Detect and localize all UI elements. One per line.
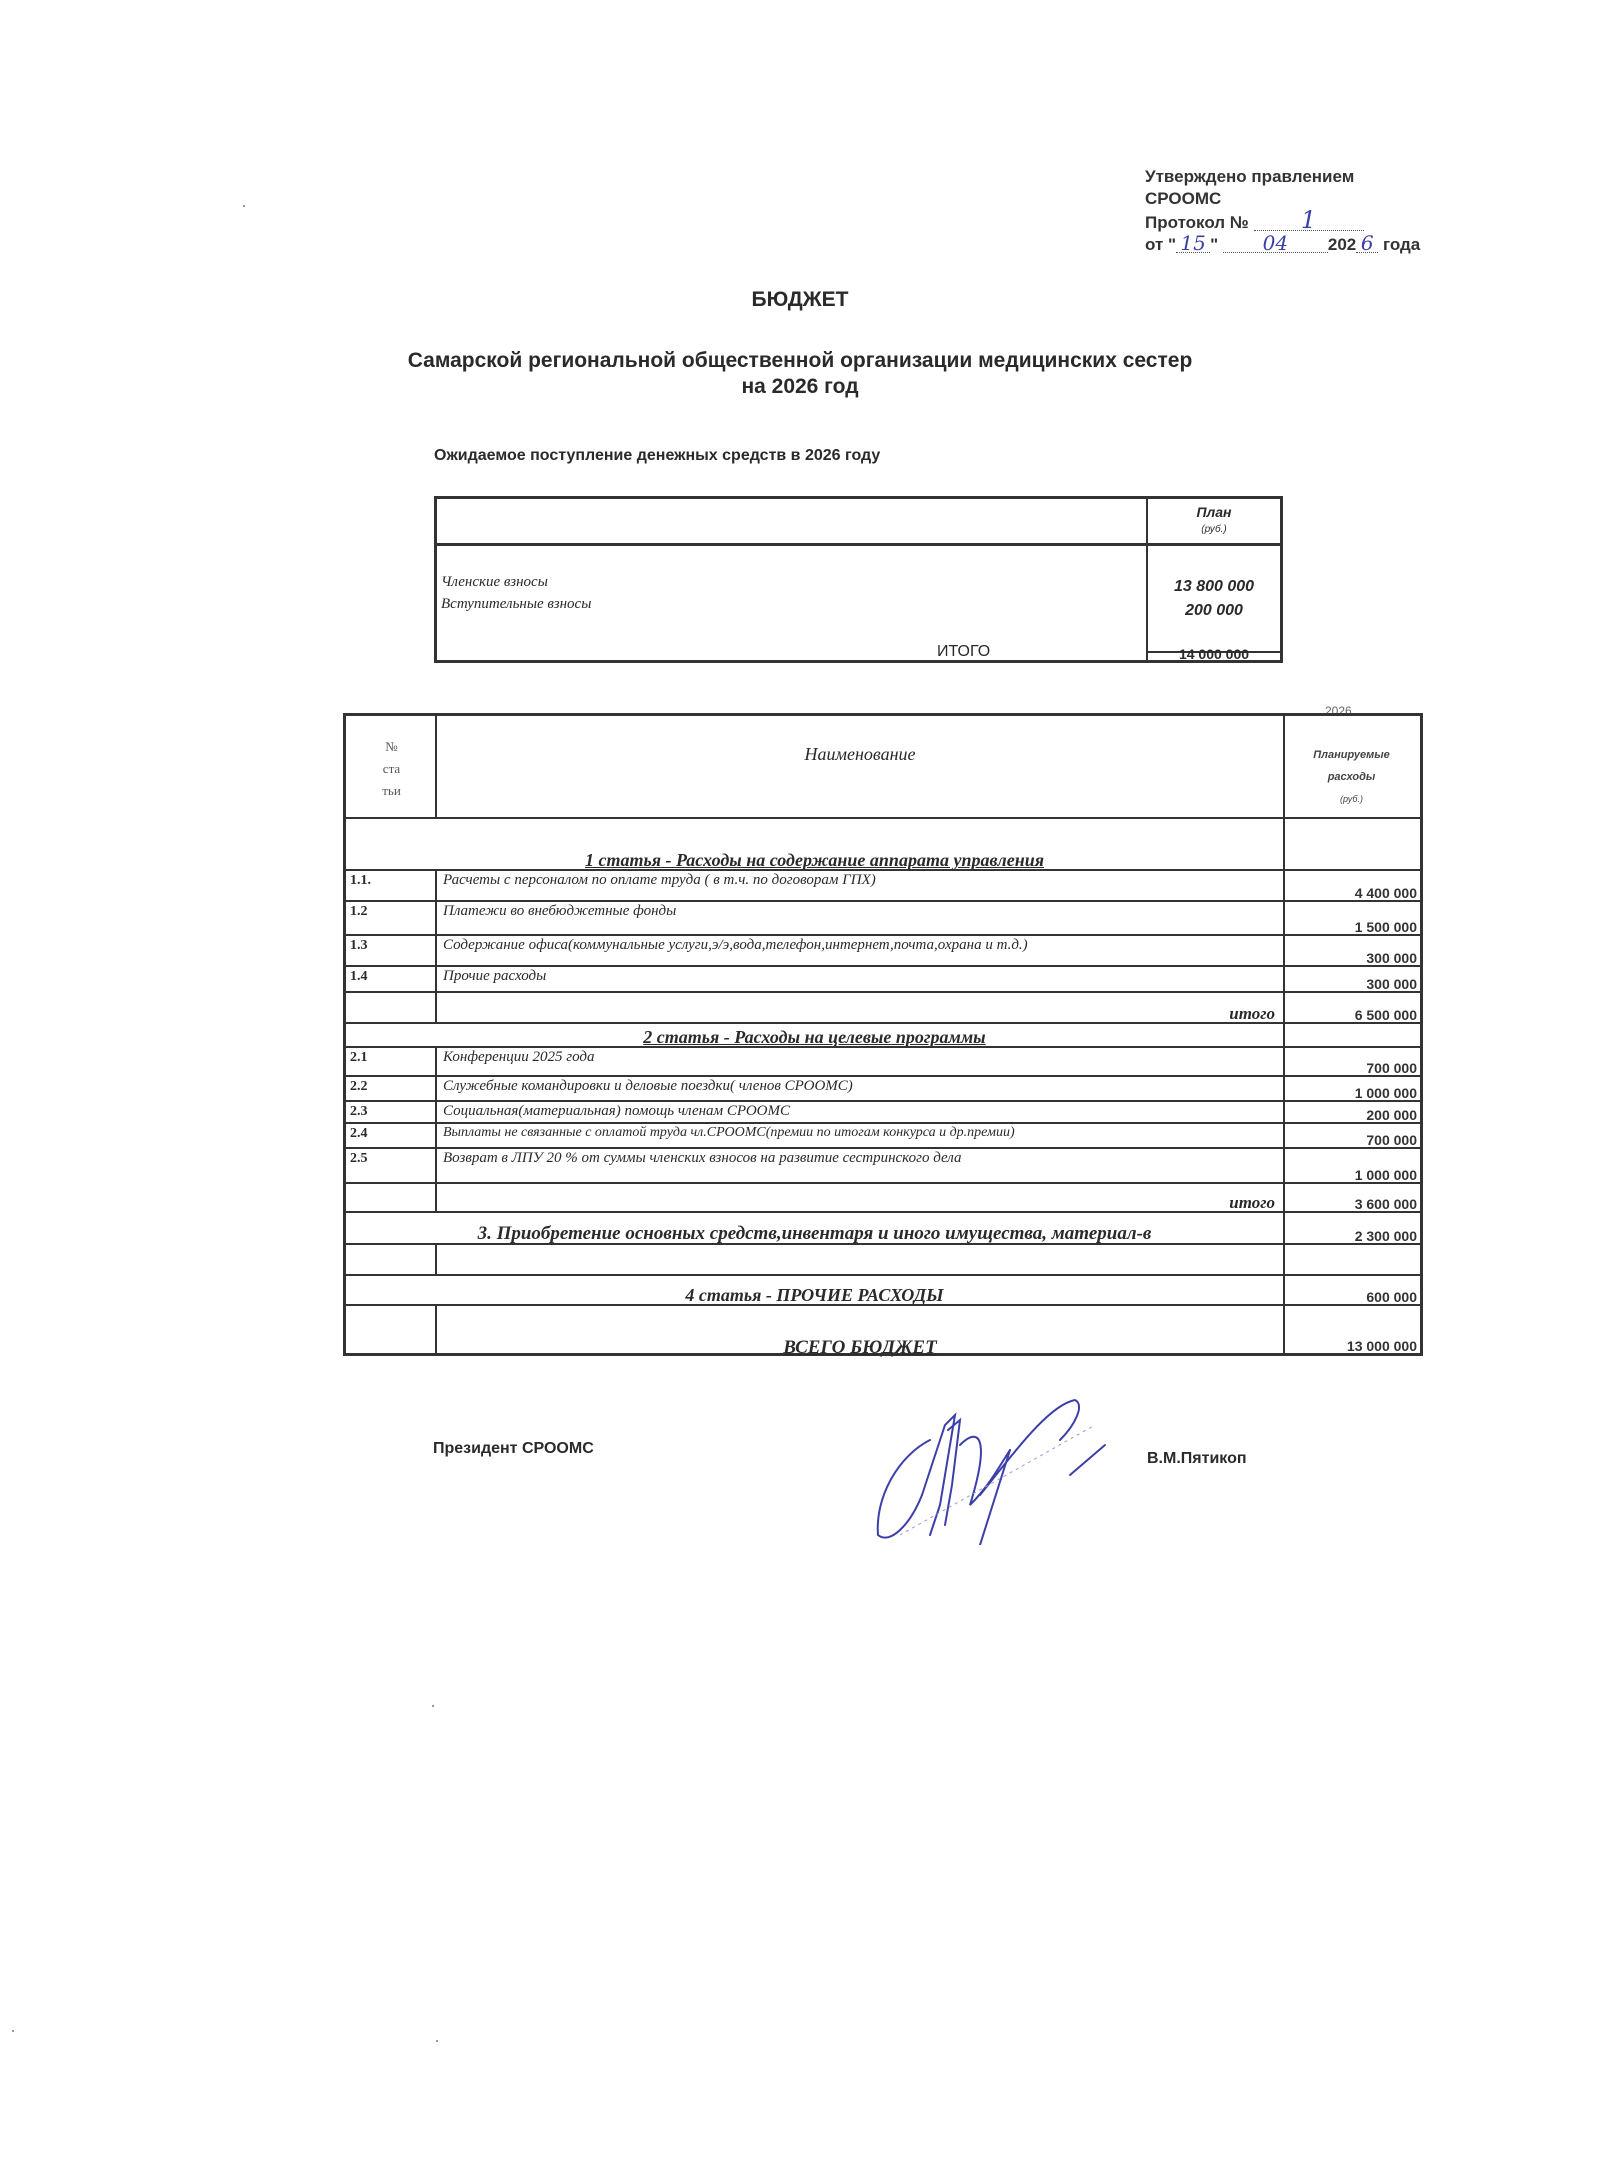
income-item-value: 13 800 000 (1148, 575, 1280, 599)
item-name: Служебные командировки и деловые поездки… (443, 1078, 853, 1095)
item-value: 300 000 (1366, 950, 1417, 966)
protocol-label: Протокол № (1145, 213, 1249, 232)
header-planned-expenses: Планируемые расходы (руб.) (1283, 744, 1420, 810)
plan-header-label: План (1196, 504, 1231, 520)
section-3-value: 2 300 000 (1355, 1228, 1417, 1244)
section-1-title: 1 статья - Расходы на содержание аппарат… (346, 850, 1283, 871)
income-item-name: Вступительные взносы (441, 593, 591, 615)
income-header-divider (437, 543, 1280, 546)
header-name: Наименование (437, 744, 1283, 765)
date-prefix: от " (1145, 235, 1176, 254)
table-row: 1.3 Содержание офиса(коммунальные услуги… (346, 934, 1420, 967)
section-4-title: 4 статья - ПРОЧИЕ РАСХОДЫ (346, 1285, 1283, 1306)
section-2-title: 2 статья - Расходы на целевые программы (346, 1027, 1283, 1048)
item-number: 1.1. (350, 873, 371, 889)
date-line: от "15" 042026 года (1145, 234, 1435, 256)
item-number: 1.3 (350, 938, 368, 954)
section-2-total-value: 3 600 000 (1355, 1196, 1417, 1212)
table-row: 2.3 Социальная(материальная) помощь член… (346, 1100, 1420, 1124)
income-item-names: Членские взносы Вступительные взносы (441, 571, 591, 615)
item-value: 300 000 (1366, 976, 1417, 992)
year-digit: 6 (1356, 234, 1378, 253)
item-value: 200 000 (1366, 1107, 1417, 1123)
approval-line-1: Утверждено правлением (1145, 166, 1435, 188)
president-title: Президент СРООМС (433, 1440, 594, 1458)
scan-speck (12, 2030, 14, 2032)
item-name: Конференции 2025 года (443, 1049, 594, 1066)
table-row: 2.5 Возврат в ЛПУ 20 % от суммы членских… (346, 1147, 1420, 1184)
scan-speck (432, 1705, 434, 1707)
item-value: 700 000 (1366, 1060, 1417, 1076)
approval-line-2: СРООМС (1145, 188, 1435, 210)
section-2-total-row: итого 3 600 000 (346, 1182, 1420, 1213)
section-2-total-label: итого (1229, 1193, 1275, 1213)
income-section-label: Ожидаемое поступление денежных средств в… (434, 447, 880, 465)
grand-total-label: ВСЕГО БЮДЖЕТ (437, 1337, 1283, 1359)
organization-title-line-1: Самарской региональной общественной орга… (0, 348, 1600, 374)
approval-block: Утверждено правлением СРООМС Протокол № … (1145, 166, 1435, 256)
date-month: 04 (1223, 234, 1328, 253)
organization-title-line-2: на 2026 год (0, 374, 1600, 400)
year-suffix: года (1383, 235, 1420, 254)
table-row: 2.2 Служебные командировки и деловые пое… (346, 1075, 1420, 1102)
income-total-value: 14 000 000 (1148, 646, 1280, 662)
item-name: Содержание офиса(коммунальные услуги,э/э… (443, 937, 1028, 954)
handwritten-signature (860, 1385, 1120, 1545)
section-1-total-row: итого 6 500 000 (346, 991, 1420, 1024)
organization-title: Самарской региональной общественной орга… (0, 348, 1600, 400)
grand-total-row: ВСЕГО БЮДЖЕТ 13 000 000 (346, 1304, 1420, 1355)
expenses-table: № ста тьи Наименование Планируемые расхо… (343, 713, 1423, 1356)
date-mid: " (1210, 235, 1218, 254)
empty-row (346, 1243, 1420, 1276)
item-number: 2.4 (350, 1126, 368, 1142)
item-name: Платежи во внебюджетные фонды (443, 903, 676, 920)
income-table: План (руб.) Членские взносы Вступительны… (434, 496, 1283, 663)
item-value: 1 000 000 (1355, 1085, 1417, 1101)
section-4-row: 4 статья - ПРОЧИЕ РАСХОДЫ 600 000 (346, 1274, 1420, 1306)
table-row: 1.4 Прочие расходы 300 000 (346, 965, 1420, 993)
year-prefix: 202 (1328, 235, 1356, 254)
income-plan-header: План (руб.) (1148, 503, 1280, 539)
table-row: 1.2 Платежи во внебюджетные фонды 1 500 … (346, 900, 1420, 936)
section-1-total-label: итого (1229, 1004, 1275, 1024)
section-4-value: 600 000 (1366, 1289, 1417, 1305)
grand-total-value: 13 000 000 (1347, 1338, 1417, 1354)
table-header-row: № ста тьи Наименование Планируемые расхо… (346, 714, 1420, 817)
section-3-row: 3. Приобретение основных средств,инвента… (346, 1211, 1420, 1245)
header-article-number: № ста тьи (346, 736, 437, 802)
item-name: Возврат в ЛПУ 20 % от суммы членских взн… (443, 1150, 962, 1167)
item-name: Социальная(материальная) помощь членам С… (443, 1103, 790, 1120)
item-value: 1 000 000 (1355, 1167, 1417, 1183)
item-value: 4 400 000 (1355, 885, 1417, 901)
item-value: 700 000 (1366, 1132, 1417, 1148)
section-1-row: 1 статья - Расходы на содержание аппарат… (346, 817, 1420, 871)
item-number: 2.5 (350, 1151, 368, 1167)
item-number: 1.2 (350, 904, 368, 920)
section-2-row: 2 статья - Расходы на целевые программы (346, 1022, 1420, 1048)
item-name: Выплаты не связанные с оплатой труда чл.… (443, 1125, 1015, 1141)
date-day: 15 (1176, 234, 1210, 253)
table-row: 1.1. Расчеты с персоналом по оплате труд… (346, 869, 1420, 902)
item-name: Расчеты с персоналом по оплате труда ( в… (443, 872, 876, 889)
income-item-values: 13 800 000 200 000 (1148, 575, 1280, 623)
item-value: 1 500 000 (1355, 919, 1417, 935)
item-name: Прочие расходы (443, 968, 546, 985)
item-number: 2.1 (350, 1050, 368, 1066)
income-total-label: ИТОГО (937, 643, 990, 661)
table-row: 2.1 Конференции 2025 года 700 000 (346, 1046, 1420, 1077)
table-row: 2.4 Выплаты не связанные с оплатой труда… (346, 1122, 1420, 1149)
income-item-name: Членские взносы (441, 571, 591, 593)
section-1-total-value: 6 500 000 (1355, 1007, 1417, 1023)
item-number: 2.3 (350, 1104, 368, 1120)
plan-header-unit: (руб.) (1148, 521, 1280, 539)
item-number: 1.4 (350, 969, 368, 985)
president-name: В.М.Пятикоп (1147, 1450, 1247, 1468)
item-number: 2.2 (350, 1079, 368, 1095)
document-title: БЮДЖЕТ (0, 288, 1600, 312)
protocol-number: 1 (1254, 210, 1364, 231)
section-3-title: 3. Приобретение основных средств,инвента… (346, 1223, 1283, 1245)
income-item-value: 200 000 (1148, 599, 1280, 623)
scan-speck (436, 2040, 438, 2042)
scan-speck (243, 205, 245, 207)
